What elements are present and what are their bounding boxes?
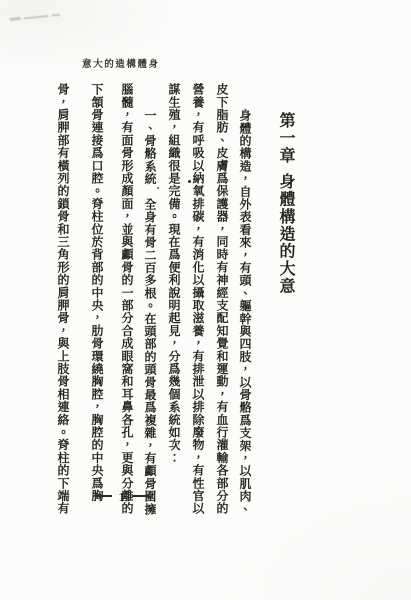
page-number-left-dash <box>95 495 112 497</box>
chapter-title: 身體構造的大意 <box>277 173 296 295</box>
chapter-number: 第一章 <box>277 112 296 164</box>
page-number-value: 1 <box>118 491 126 504</box>
text-column-8: 骨，肩胛部有橫列的鎖骨和三角形的肩胛骨，與上肢骨相連絡。脊柱的下端有 <box>56 83 70 515</box>
page-number-right-dash <box>132 495 149 497</box>
text-column-4: 謀生殖，組織很是完備。現在爲便利說明起見，分爲幾個系統如次： <box>167 83 181 464</box>
page-number: 1 <box>84 490 160 504</box>
running-head: 意大的造構體身 <box>82 56 160 70</box>
text-column-5: 一、骨骼系統 全身有骨二百多根。在頭部的頭骨最爲複雜，有顱骨圍擁 <box>143 109 157 515</box>
text-column-2: 皮下脂肪、皮膚爲保護器，同時有神經支配知覺和運動，有血行灌輸各部分的 <box>215 83 229 515</box>
ink-speck <box>157 187 159 189</box>
ink-speck <box>188 180 191 183</box>
text-column-1: 身體的構造，自外表看來，有頭、軀幹與四肢，以骨骼爲支架，以肌肉、 <box>238 109 252 515</box>
text-column-3: 營養，有呼吸以納氧排碳，有消化以攝取滋養，有排泄以排除廢物，有性官以 <box>191 83 205 515</box>
text-column-6: 腦髓，有面骨形成顏面，並與顱骨的一部分合成眼窩和耳鼻各孔，更與分離的 <box>120 83 134 515</box>
scanned-book-page: 意大的造構體身 第一章身體構造的大意 身體的構造，自外表看來，有頭、軀幹與四肢，… <box>0 0 411 600</box>
chapter-heading: 第一章身體構造的大意 <box>276 112 296 295</box>
faint-watermark <box>9 3 68 19</box>
text-column-7: 下頷骨連接爲口腔。脊柱位於背部的中央，肋骨環繞胸腔，胸腔的中央爲胸 <box>90 83 104 502</box>
